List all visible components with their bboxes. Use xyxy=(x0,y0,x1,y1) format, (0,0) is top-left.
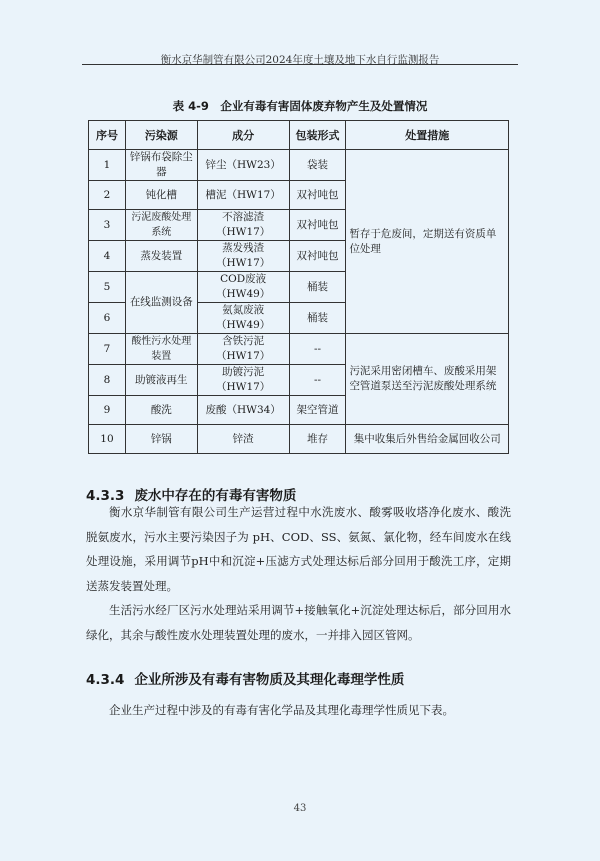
section-title: 企业所涉及有毒有害物质及其理化毒理学性质 xyxy=(134,672,404,688)
table-row: 1 锌锅布袋除尘器 锌尘（HW23） 袋装 暂存于危废间，定期送有资质单位处理 xyxy=(89,150,509,181)
cell-packaging: -- xyxy=(289,365,346,396)
cell-component: 不溶滤渣（HW17） xyxy=(197,210,289,241)
cell-source: 锌锅布袋除尘器 xyxy=(125,150,197,181)
cell-measure: 集中收集后外售给金属回收公司 xyxy=(346,425,509,454)
cell-source: 钝化槽 xyxy=(125,181,197,210)
hazardous-waste-table: 序号 污染源 成分 包装形式 处置措施 1 锌锅布袋除尘器 锌尘（HW23） 袋… xyxy=(88,120,509,454)
cell-source: 酸洗 xyxy=(125,396,197,425)
table-caption: 表 4-9 企业有毒有害固体废弃物产生及处置情况 xyxy=(0,98,600,114)
cell-component: 锌尘（HW23） xyxy=(197,150,289,181)
cell-source: 在线监测设备 xyxy=(125,272,197,334)
col-header-measure: 处置措施 xyxy=(346,121,509,150)
cell-packaging: 双衬吨包 xyxy=(289,241,346,272)
col-header-component: 成分 xyxy=(197,121,289,150)
paragraph: 生活污水经厂区污水处理站采用调节+接触氧化+沉淀处理达标后，部分回用水绿化，其余… xyxy=(86,598,511,647)
header-rule xyxy=(82,64,518,65)
cell-packaging: 桶装 xyxy=(289,272,346,303)
cell-source: 助镀液再生 xyxy=(125,365,197,396)
cell-no: 2 xyxy=(89,181,126,210)
cell-measure: 污泥采用密闭槽车、废酸采用架空管道泵送至污泥废酸处理系统 xyxy=(346,334,509,425)
cell-source: 酸性污水处理装置 xyxy=(125,334,197,365)
cell-component: 氨氮废液（HW49） xyxy=(197,303,289,334)
cell-packaging: 双衬吨包 xyxy=(289,181,346,210)
page-number: 43 xyxy=(0,803,600,814)
paragraph: 企业生产过程中涉及的有毒有害化学品及其理化毒理学性质见下表。 xyxy=(86,698,511,723)
col-header-no: 序号 xyxy=(89,121,126,150)
cell-packaging: -- xyxy=(289,334,346,365)
col-header-packaging: 包装形式 xyxy=(289,121,346,150)
cell-no: 4 xyxy=(89,241,126,272)
cell-component: 蒸发残渣（HW17） xyxy=(197,241,289,272)
section-number: 4.3.4 xyxy=(86,672,124,688)
cell-no: 10 xyxy=(89,425,126,454)
cell-component: COD废液（HW49） xyxy=(197,272,289,303)
cell-component: 锌渣 xyxy=(197,425,289,454)
cell-no: 7 xyxy=(89,334,126,365)
table-row: 10 锌锅 锌渣 堆存 集中收集后外售给金属回收公司 xyxy=(89,425,509,454)
cell-source: 锌锅 xyxy=(125,425,197,454)
cell-packaging: 双衬吨包 xyxy=(289,210,346,241)
cell-packaging: 袋装 xyxy=(289,150,346,181)
paragraph: 衡水京华制管有限公司生产运营过程中水洗废水、酸雾吸收塔净化废水、酸洗脱氨废水，污… xyxy=(86,500,511,598)
cell-no: 6 xyxy=(89,303,126,334)
cell-packaging: 架空管道 xyxy=(289,396,346,425)
col-header-source: 污染源 xyxy=(125,121,197,150)
cell-source: 污泥废酸处理系统 xyxy=(125,210,197,241)
cell-no: 9 xyxy=(89,396,126,425)
cell-no: 8 xyxy=(89,365,126,396)
cell-source: 蒸发装置 xyxy=(125,241,197,272)
table-row: 7 酸性污水处理装置 含铁污泥（HW17） -- 污泥采用密闭槽车、废酸采用架空… xyxy=(89,334,509,365)
cell-component: 废酸（HW34） xyxy=(197,396,289,425)
section-heading-4-3-4: 4.3.4企业所涉及有毒有害物质及其理化毒理学性质 xyxy=(86,668,404,688)
cell-packaging: 桶装 xyxy=(289,303,346,334)
cell-no: 5 xyxy=(89,272,126,303)
cell-packaging: 堆存 xyxy=(289,425,346,454)
cell-component: 含铁污泥（HW17） xyxy=(197,334,289,365)
cell-measure: 暂存于危废间，定期送有资质单位处理 xyxy=(346,150,509,334)
cell-component: 助镀污泥（HW17） xyxy=(197,365,289,396)
cell-no: 1 xyxy=(89,150,126,181)
cell-component: 槽泥（HW17） xyxy=(197,181,289,210)
table-header-row: 序号 污染源 成分 包装形式 处置措施 xyxy=(89,121,509,150)
cell-no: 3 xyxy=(89,210,126,241)
